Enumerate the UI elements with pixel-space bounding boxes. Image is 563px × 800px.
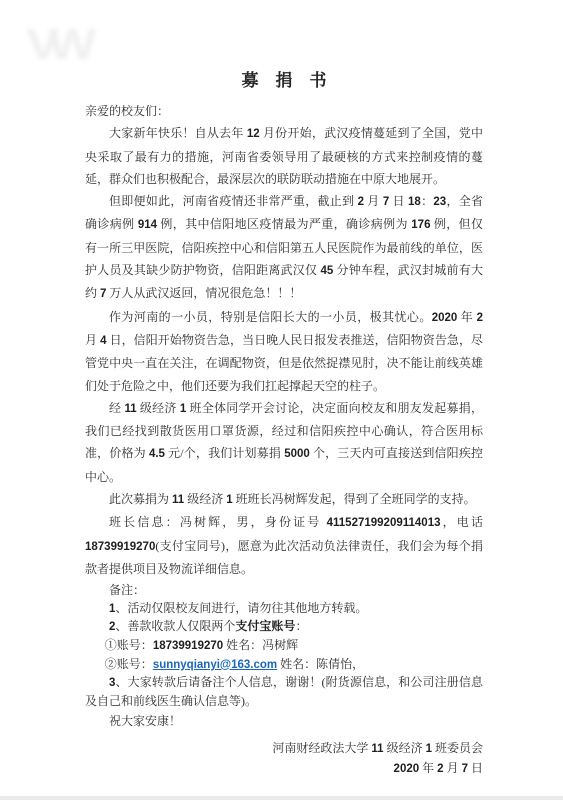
paragraph-epidemic-status: 但即便如此，河南省疫情还非常严重，截止到 2 月 7 日 18：23，全省确诊病… bbox=[85, 190, 483, 305]
notes-section: 备注： 1、活动仅限校友间进行，请勿往其他地方转载。 2、善款收款人仅限两个支付… bbox=[85, 582, 483, 731]
account-2-line: ②账号：sunnyqianyi@163.com 姓名：陈倩怡， bbox=[85, 656, 483, 675]
notes-label: 备注： bbox=[85, 582, 483, 600]
signature-line: 河南财经政法大学 11 级经济 1 班委员会 bbox=[85, 739, 483, 759]
alipay-account-bold-label: 支付宝账号 bbox=[235, 619, 295, 633]
paragraph-monitor-info: 班长信息：冯树辉，男，身份证号 411527199209114013，电话 18… bbox=[85, 511, 483, 580]
salutation-line: 亲爱的校友们： bbox=[85, 100, 483, 122]
closing-wish: 祝大家安康！ bbox=[85, 713, 483, 731]
letter-content: 募 捐 书 亲爱的校友们： 大家新年快乐！自从去年 12 月份开始，武汉疫情蔓延… bbox=[85, 70, 483, 779]
note-item-2-suffix: ： bbox=[295, 619, 307, 633]
account-2-prefix: ②账号： bbox=[105, 657, 153, 671]
account-1-line: ①账号：18739919270 姓名：冯树辉 bbox=[85, 637, 483, 656]
paragraph-new-year-greeting: 大家新年快乐！自从去年 12 月份开始，武汉疫情蔓延到了全国，党中央采取了最有力… bbox=[85, 122, 483, 190]
note-item-2: 2、善款收款人仅限两个支付宝账号： bbox=[85, 618, 483, 637]
watermark-smudge: VW bbox=[26, 20, 85, 70]
bottom-edge-shadow bbox=[0, 796, 563, 800]
letter-title: 募 捐 书 bbox=[85, 70, 483, 92]
alipay-email-link[interactable]: sunnyqianyi@163.com bbox=[153, 659, 277, 671]
note-item-3: 3、大家转款后请备注个人信息，谢谢！(附货源信息，和公司注册信息及自己和前线医生… bbox=[85, 674, 483, 710]
account-2-suffix: 姓名：陈倩怡， bbox=[277, 657, 364, 671]
donation-letter-page: VW 募 捐 书 亲爱的校友们： 大家新年快乐！自从去年 12 月份开始，武汉疫… bbox=[0, 0, 563, 800]
note-item-2-prefix: 2、善款收款人仅限两个 bbox=[109, 619, 235, 633]
note-item-1: 1、活动仅限校友间进行，请勿往其他地方转载。 bbox=[85, 600, 483, 619]
paragraph-donation-plan: 经 11 级经济 1 班全体同学开会讨论，决定面向校友和朋友发起募捐，我们已经找… bbox=[85, 397, 483, 488]
paragraph-initiator: 此次募捐为 11 级经济 1 班班长冯树辉发起，得到了全班同学的支持。 bbox=[85, 488, 483, 511]
signature-block: 河南财经政法大学 11 级经济 1 班委员会 2020 年 2 月 7 日 bbox=[85, 739, 483, 779]
paragraph-xinyang-concern: 作为河南的一小员，特别是信阳长大的一小员，极其忧心。2020 年 2 月 4 日… bbox=[85, 306, 483, 397]
date-line: 2020 年 2 月 7 日 bbox=[85, 759, 483, 779]
